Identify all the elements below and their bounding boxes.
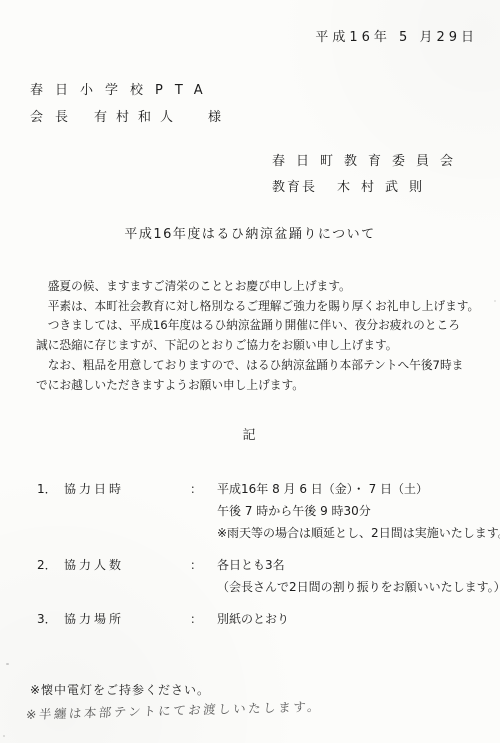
item-value-line: 午後 7 時から午後 9 時30分 — [217, 500, 500, 522]
item-cooperation-headcount: 2． 協力人数 ： 各日とも3名 （会長さんで2日間の割り振りをお願いいたします… — [37, 554, 492, 598]
body-line: 平素は、本町社会教育に対し格別なるご理解ご強力を賜り厚くお礼申し上げます。 — [36, 297, 490, 317]
body-line: つきましては、平成16年度はるひ納涼盆踊り開催に伴い、夜分お疲れのところ — [36, 316, 490, 336]
item-value: 別紙のとおり — [217, 608, 492, 630]
letter-date: 平成16年 5 月29日 — [315, 26, 478, 45]
body-line: なお、粗品を用意しておりますので、はるひ納涼盆踊り本部テントへ午後7時ま — [36, 356, 490, 376]
sender-role: 教育長 — [272, 176, 317, 195]
recipient-name-line: 会長 有村和人 様 — [30, 106, 221, 125]
sender-name: 木村武則 — [337, 176, 433, 195]
recipient-name: 有村和人 — [94, 106, 182, 125]
scanned-letter-page: 平成16年 5 月29日 春日小学校PTA 会長 有村和人 様 春日町教育委員会… — [0, 0, 500, 743]
item-number: 3． — [37, 608, 64, 630]
body-line: でにお越しいただきますようお願い申し上げます。 — [36, 376, 490, 396]
item-colon: ： — [190, 608, 217, 630]
item-cooperation-location: 3． 協力場所 ： 別紙のとおり — [37, 608, 492, 630]
item-value-line: 平成16年 8 月 6 日（金）・ 7 日（土） — [217, 478, 500, 500]
item-label: 協力場所 — [64, 608, 190, 630]
item-value: 平成16年 8 月 6 日（金）・ 7 日（土） 午後 7 時から午後 9 時3… — [217, 478, 500, 544]
item-number: 1． — [37, 478, 64, 500]
scan-artifact — [6, 663, 9, 665]
detail-items: 1． 協力日時 ： 平成16年 8 月 6 日（金）・ 7 日（土） 午後 7 … — [37, 478, 492, 640]
item-value-line: 別紙のとおり — [217, 608, 492, 630]
recipient-organization: 春日小学校PTA — [30, 79, 221, 98]
recipient-block: 春日小学校PTA 会長 有村和人 様 — [30, 79, 221, 125]
scan-artifact — [494, 300, 496, 302]
body-line: 誠に恐縮に存じますが、下記のとおりご協力をお願い申し上げます。 — [36, 336, 490, 356]
sender-organization: 春日町教育委員会 — [272, 150, 464, 169]
item-colon: ： — [190, 554, 217, 576]
item-value-line: ※雨天等の場合は順延とし、2日間は実施いたします。 — [217, 522, 500, 544]
scan-artifact — [3, 735, 5, 737]
recipient-honorific: 様 — [208, 106, 221, 125]
item-label: 協力日時 — [64, 478, 190, 500]
item-cooperation-datetime: 1． 協力日時 ： 平成16年 8 月 6 日（金）・ 7 日（土） 午後 7 … — [37, 478, 492, 544]
recipient-role: 会長 — [30, 106, 80, 125]
sender-name-line: 教育長 木村武則 — [272, 176, 464, 195]
item-colon: ： — [190, 478, 217, 500]
letter-subject: 平成16年度はるひ納涼盆踊りについて — [0, 223, 500, 242]
item-value: 各日とも3名 （会長さんで2日間の割り振りをお願いいたします。） — [217, 554, 500, 598]
item-value-line: （会長さんで2日間の割り振りをお願いいたします。） — [217, 576, 500, 598]
sender-block: 春日町教育委員会 教育長 木村武則 — [272, 150, 464, 195]
handwritten-note: ※半纏は本部テントにてお渡しいたします。 — [25, 697, 323, 723]
letter-body: 盛夏の候、ますますご清栄のこととお慶び申し上げます。 平素は、本町社会教育に対し… — [36, 277, 490, 395]
record-marker: 記 — [0, 424, 500, 443]
flashlight-footnote: ※懐中電灯をご持参ください。 — [30, 681, 210, 698]
item-number: 2． — [37, 554, 64, 576]
item-label: 協力人数 — [64, 554, 190, 576]
body-line: 盛夏の候、ますますご清栄のこととお慶び申し上げます。 — [36, 277, 490, 297]
item-value-line: 各日とも3名 — [217, 554, 500, 576]
